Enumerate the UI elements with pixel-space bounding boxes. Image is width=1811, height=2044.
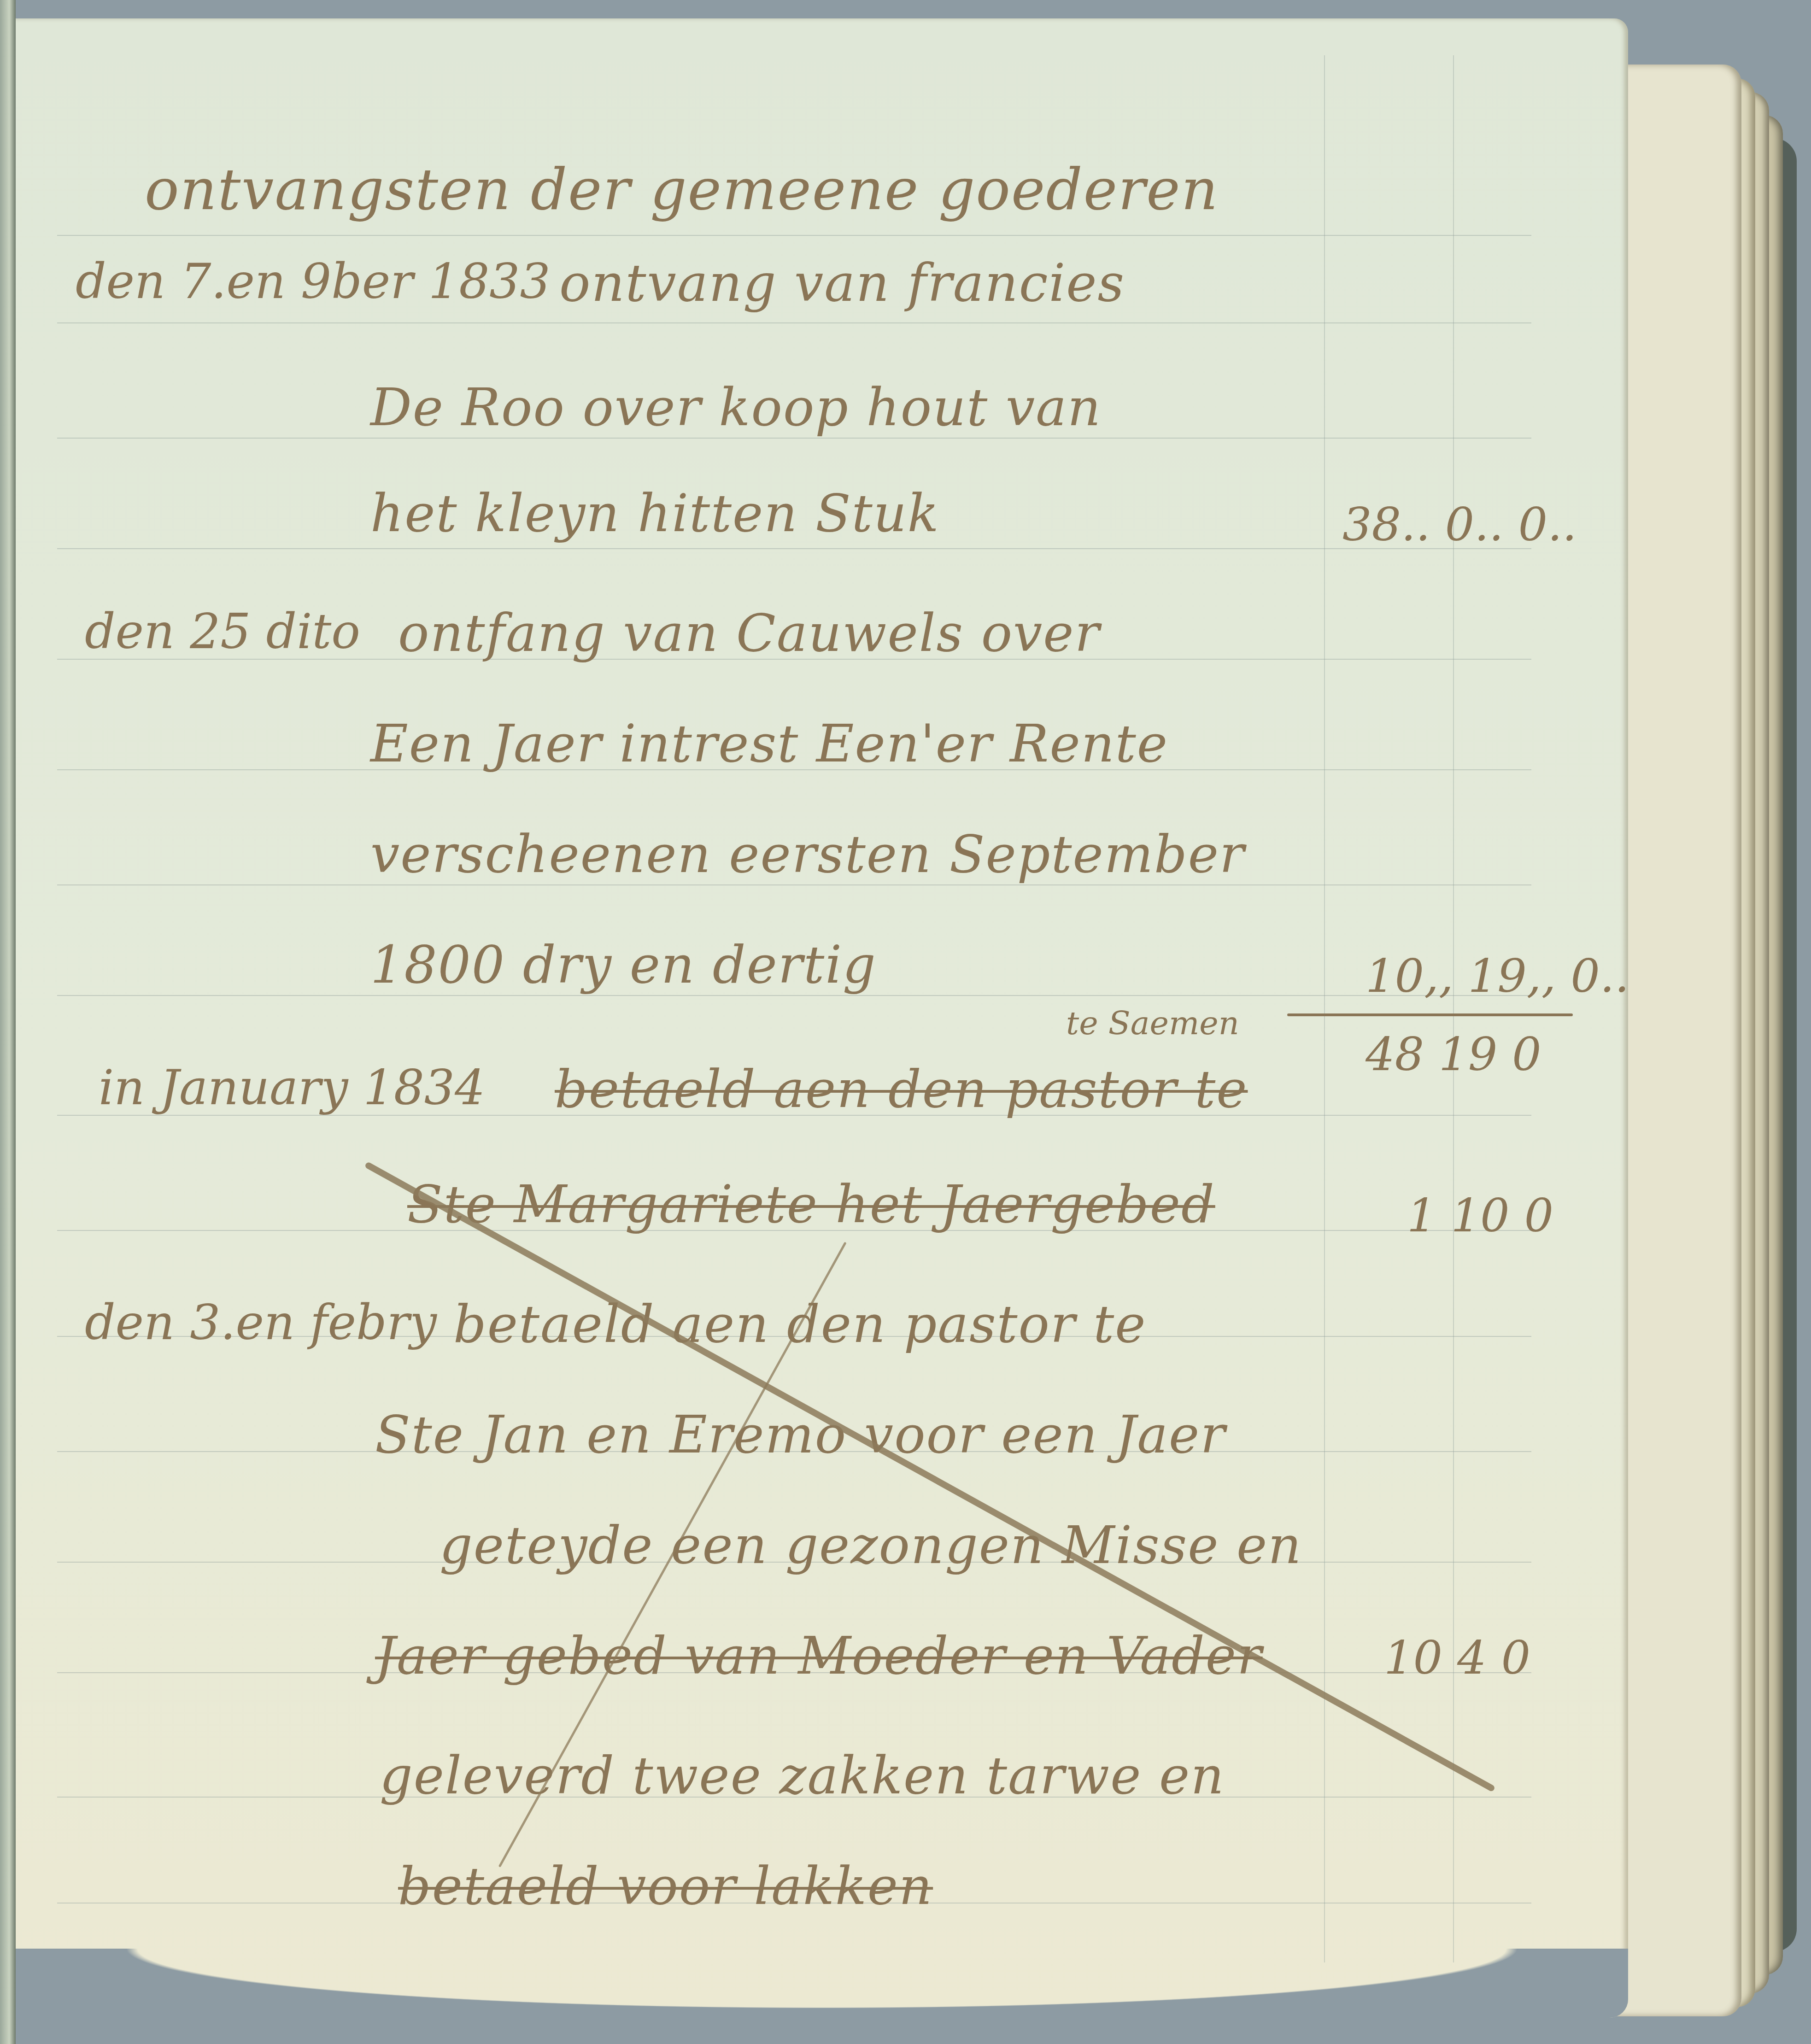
subtotal-amount: 48 19 0: [1366, 1027, 1541, 1081]
ledger-page: ontvangsten der gemeene goederen den 7.e…: [16, 18, 1628, 2018]
entry-line: Ste Jan en Eremo voor een Jaer: [375, 1405, 1226, 1465]
entry-line: ontvang van francies: [559, 253, 1125, 313]
entry-amount: 38.. 0.. 0..: [1342, 498, 1577, 551]
entry-line: geleverd twee zakken tarwe en: [380, 1746, 1225, 1806]
struck-entry-line: betaeld aen den pastor te: [555, 1060, 1248, 1119]
struck-entry-line: Jaer gebed van Moeder en Vader: [375, 1626, 1263, 1686]
entry-amount: 1 10 0: [1407, 1189, 1553, 1242]
ruled-line: [57, 322, 1531, 323]
ruled-line: [57, 548, 1531, 549]
entry-date: den 25 dito: [85, 603, 360, 660]
entry-date: in January 1834: [99, 1060, 485, 1116]
struck-entry-line: betaeld voor lakken: [398, 1857, 933, 1916]
entry-amount: 10 4 0: [1384, 1631, 1530, 1685]
binding-gutter: [0, 0, 16, 2044]
ruled-line: [57, 995, 1531, 996]
ruled-line: [57, 884, 1531, 885]
page-bottom-edge: [16, 1949, 1628, 2018]
sum-rule: [1287, 1013, 1573, 1016]
entry-date: den 3.en febry: [85, 1294, 437, 1351]
amount-column-line: [1324, 55, 1325, 1962]
struck-entry-line: Ste Margariete het Jaergebed: [407, 1175, 1215, 1235]
entry-amount: 10,, 19,, 0..: [1366, 949, 1628, 1003]
page-heading: ontvangsten der gemeene goederen: [145, 157, 1219, 223]
entry-line: Een Jaer intrest Een'er Rente: [370, 714, 1168, 774]
ruled-line: [57, 438, 1531, 439]
entry-line: het kleyn hitten Stuk: [370, 484, 940, 544]
entry-line: geteyde een gezongen Misse en: [440, 1516, 1302, 1575]
ruled-line: [57, 235, 1531, 236]
entry-line: 1800 dry en dertig: [370, 935, 877, 995]
entry-line: De Roo over koop hout van: [370, 378, 1102, 438]
entry-line: ontfang van Cauwels over: [398, 603, 1100, 663]
cancellation-stroke: [364, 1161, 1496, 1792]
entry-date: den 7.en 9ber 1833: [76, 253, 551, 310]
subtotal-label: te Saemen: [1066, 1004, 1239, 1042]
entry-line: verscheenen eersten September: [370, 825, 1245, 884]
